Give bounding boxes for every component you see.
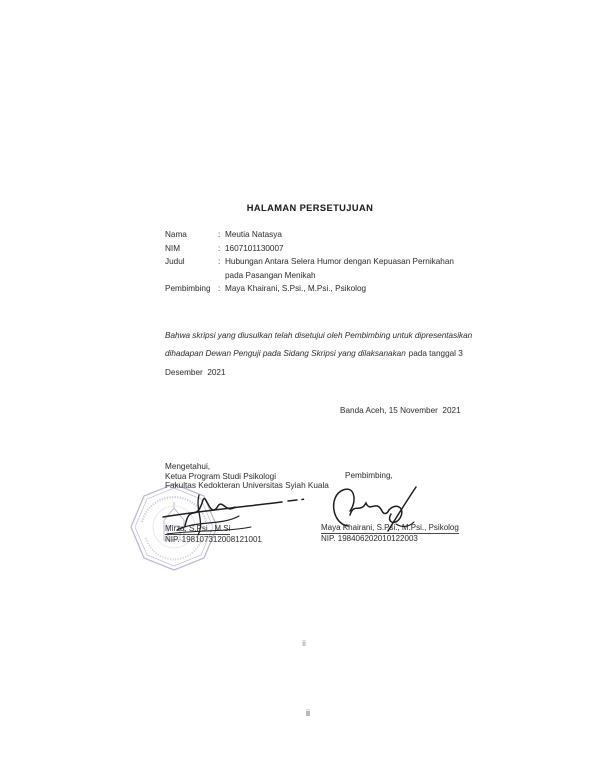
- thesis-info-block: Nama : Meutia Natasya NIM : 160710113000…: [165, 228, 485, 296]
- judul-value-line1: Hubungan Antara Selera Humor dengan Kepu…: [225, 255, 485, 269]
- info-row-judul: Judul : Hubungan Antara Selera Humor den…: [165, 255, 485, 282]
- info-row-pembimbing: Pembimbing : Maya Khairani, S.Psi., M.Ps…: [165, 282, 485, 296]
- page-title: HALAMAN PERSETUJUAN: [165, 203, 455, 213]
- page-number-doc: ii: [290, 708, 326, 718]
- dateline: Banda Aceh, 15 November 2021: [340, 406, 461, 415]
- colon-separator: :: [218, 255, 225, 269]
- approval-page: HALAMAN PERSETUJUAN Nama : Meutia Natasy…: [0, 0, 595, 770]
- ketua-prodi-line: Ketua Program Studi Psikologi: [165, 472, 329, 482]
- info-row-nim: NIM : 1607101130007: [165, 242, 485, 256]
- left-signatory-heading: Mengetahui, Ketua Program Studi Psikolog…: [165, 462, 329, 491]
- judul-value: Hubungan Antara Selera Humor dengan Kepu…: [225, 255, 485, 282]
- info-row-nama: Nama : Meutia Natasya: [165, 228, 485, 242]
- judul-value-line2: pada Pasangan Menikah: [225, 269, 485, 283]
- nim-value: 1607101130007: [225, 242, 485, 256]
- colon-separator: :: [218, 242, 225, 256]
- approval-statement: Bahwa skripsi yang diusulkan telah diset…: [165, 327, 481, 382]
- nama-value: Meutia Natasya: [225, 228, 485, 242]
- signature-mirza: [155, 490, 310, 540]
- colon-separator: :: [218, 228, 225, 242]
- nim-label: NIM: [165, 242, 218, 256]
- statement-line2: dihadapan Dewan Penguji pada Sidang Skri…: [165, 345, 481, 363]
- statement-line1: Bahwa skripsi yang diusulkan telah diset…: [165, 327, 481, 345]
- colon-separator: :: [218, 282, 225, 296]
- pembimbing-value: Maya Khairani, S.Psi., M.Psi., Psikolog: [225, 282, 485, 296]
- signature-maya-khairani: [326, 484, 438, 536]
- nama-label: Nama: [165, 228, 218, 242]
- pembimbing-label: Pembimbing: [165, 282, 218, 296]
- right-signatory-heading: Pembimbing,: [345, 471, 393, 480]
- statement-line1-italic: Bahwa skripsi yang diusulkan telah diset…: [165, 331, 472, 340]
- mengetahui-line: Mengetahui,: [165, 462, 329, 472]
- statement-line3: Desember 2021: [165, 364, 481, 382]
- statement-line2-italic: dihadapan Dewan Penguji pada Sidang Skri…: [165, 349, 406, 358]
- statement-line2-regular: pada tanggal 3: [409, 349, 463, 358]
- judul-label: Judul: [165, 255, 218, 269]
- statement-line3-regular: Desember 2021: [165, 368, 226, 377]
- page-number-scan: ii: [286, 639, 322, 648]
- pembimbing-heading: Pembimbing,: [345, 471, 393, 480]
